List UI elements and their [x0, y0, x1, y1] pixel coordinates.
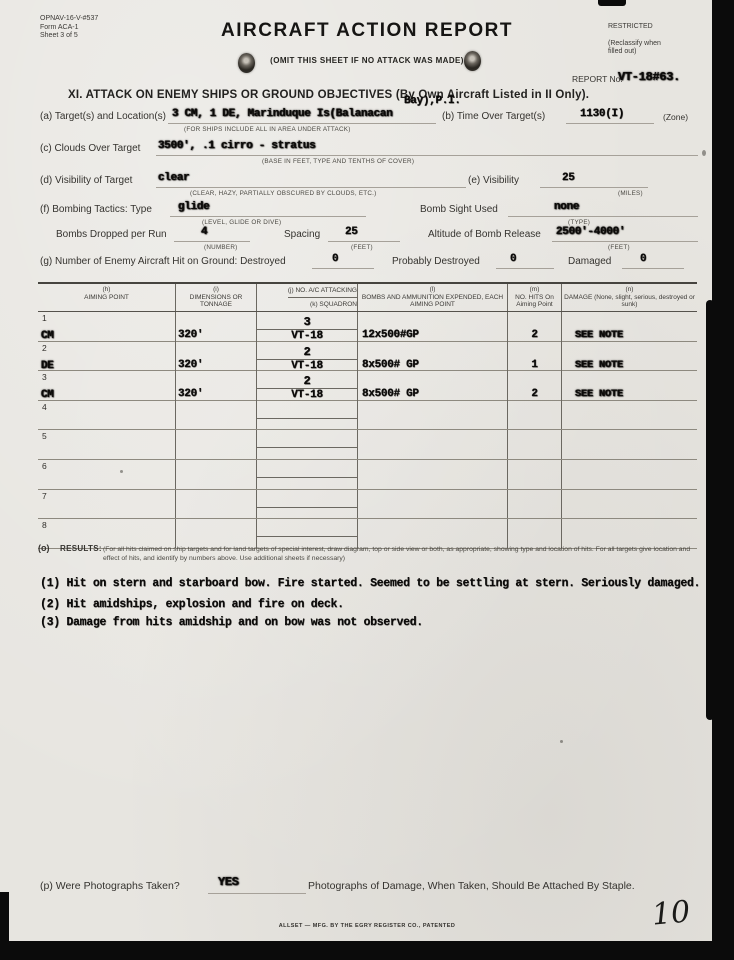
- document-page: OPNAV-16-V-#537 Form ACA-1 Sheet 3 of 5 …: [0, 0, 734, 960]
- cell-bombs: [358, 460, 508, 489]
- table-row: 3CM 320' 2VT-18 8x500# GP 2 SEE NOTE: [38, 371, 697, 401]
- results-tag: (o): [38, 543, 50, 553]
- field-a-value: 3 CM, 1 DE, Marinduque Is(Balanacan: [172, 108, 393, 120]
- cell-attacking-squadron: [257, 401, 358, 430]
- report-no-value: VT-18#63.: [618, 70, 680, 84]
- cell-aiming: 4: [38, 401, 176, 430]
- cell-dims: 320': [176, 371, 257, 402]
- handwritten-page-number: 10: [651, 894, 692, 932]
- cell-hits: 2: [508, 371, 562, 402]
- cell-aiming: 2DE: [38, 342, 176, 373]
- field-altitude-caption: (FEET): [608, 244, 630, 251]
- field-b-label: (b) Time Over Target(s): [442, 111, 545, 122]
- field-bombs-value: 4: [201, 226, 207, 238]
- cell-dims: [176, 519, 257, 548]
- col-label: (j) NO. A/C ATTACKING: [288, 284, 357, 298]
- cell-bombs: [358, 401, 508, 430]
- cell-damage: SEE NOTE: [562, 371, 697, 402]
- note-number: (2): [40, 598, 60, 611]
- cell-hits: [508, 401, 562, 430]
- col-header-attacking-squadron: (j) NO. A/C ATTACKING(k) SQUADRON: [257, 284, 358, 311]
- cell-damage: SEE NOTE: [562, 312, 697, 343]
- cell-attacking-squadron: 3VT-18: [257, 312, 358, 343]
- field-underline: [174, 241, 250, 242]
- row-number: 4: [42, 402, 47, 412]
- field-f-type-label: (f) Bombing Tactics: Type: [40, 204, 152, 215]
- photos-label: (p) Were Photographs Taken?: [40, 880, 180, 892]
- cell-damage: [562, 490, 697, 519]
- field-c-label: (c) Clouds Over Target: [40, 143, 140, 154]
- cell-dims: [176, 460, 257, 489]
- result-note: (1) Hit on stern and starboard bow. Fire…: [40, 575, 704, 593]
- field-e-suffix: (MILES): [618, 190, 643, 197]
- scan-speck: [120, 470, 123, 473]
- aiming-value: CM: [41, 330, 54, 342]
- col-header-hits: (m)NO. HITS On Aiming Point: [508, 284, 562, 311]
- col-label: DAMAGE (None, slight, serious, destroyed…: [562, 294, 697, 309]
- cell-hits: [508, 490, 562, 519]
- field-e-label: (e) Visibility: [468, 175, 519, 186]
- cell-aiming: 8: [38, 519, 176, 548]
- field-altitude-value: 2500'-4000': [556, 226, 625, 238]
- cell-bombs: [358, 430, 508, 459]
- results-label: RESULTS:: [60, 544, 102, 553]
- field-d-caption: (CLEAR, HAZY, PARTIALLY OBSCURED BY CLOU…: [190, 190, 377, 197]
- cell-attacking-squadron: [257, 460, 358, 489]
- field-a-caption: (FOR SHIPS INCLUDE ALL IN AREA UNDER ATT…: [184, 126, 351, 133]
- cell-aiming: 3CM: [38, 371, 176, 402]
- table-row: 2DE 320' 2VT-18 8x500# GP 1 SEE NOTE: [38, 342, 697, 372]
- cell-bombs: 12x500#GP: [358, 312, 508, 343]
- col-label: AIMING POINT: [84, 294, 129, 302]
- field-bombs-caption: (NUMBER): [204, 244, 237, 251]
- field-d-value: clear: [158, 172, 190, 184]
- note-text: Damage from hits amidship and on bow was…: [66, 616, 422, 629]
- field-spacing-value: 25: [345, 226, 358, 238]
- field-e-value: 25: [562, 172, 575, 184]
- cell-hits: [508, 430, 562, 459]
- result-note: (2) Hit amidships, explosion and fire on…: [40, 596, 704, 614]
- col-header-aiming-point: (h)AIMING POINT: [38, 284, 176, 311]
- omit-note: (OMIT THIS SHEET IF NO ATTACK WAS MADE): [0, 56, 734, 65]
- col-tag: (l): [430, 286, 436, 294]
- col-label: BOMBS AND AMMUNITION EXPENDED, EACH AIMI…: [358, 294, 507, 309]
- scan-edge-bottom: [0, 941, 734, 960]
- cell-hits: 2: [508, 312, 562, 343]
- field-underline: [552, 241, 698, 242]
- col-tag: (i): [213, 286, 219, 294]
- cell-hits: [508, 519, 562, 548]
- note-text: Hit on stern and starboard bow. Fire sta…: [66, 577, 700, 590]
- cell-aiming: 5: [38, 430, 176, 459]
- cell-attacking-squadron: [257, 519, 358, 548]
- row-number: 6: [42, 461, 47, 471]
- note-text: Hit amidships, explosion and fire on dec…: [66, 598, 343, 611]
- cell-dims: [176, 430, 257, 459]
- row-number: 3: [42, 372, 47, 382]
- table-row: 1CM 320' 3VT-18 12x500#GP 2 SEE NOTE: [38, 312, 697, 342]
- field-spacing-label: Spacing: [284, 229, 320, 240]
- scan-edge-top-notch: [598, 0, 626, 6]
- result-note: (3) Damage from hits amidship and on bow…: [40, 614, 704, 632]
- cell-hits: 1: [508, 342, 562, 373]
- field-g-label: (g) Number of Enemy Aircraft Hit on Grou…: [40, 256, 286, 267]
- cell-aiming: 7: [38, 490, 176, 519]
- row-number: 7: [42, 491, 47, 501]
- row-number: 1: [42, 313, 47, 323]
- field-f-sight-caption: (TYPE): [568, 219, 590, 226]
- field-c-caption: (BASE IN FEET, TYPE AND TENTHS OF COVER): [262, 158, 414, 165]
- col-label: (k) SQUADRON: [310, 298, 357, 311]
- cell-bombs: [358, 490, 508, 519]
- field-a-value-overflow: Bay),P.I.: [404, 95, 461, 107]
- field-f-sight-label: Bomb Sight Used: [420, 204, 498, 215]
- field-g-destroyed: 0: [332, 253, 338, 265]
- field-b-suffix: (Zone): [663, 112, 688, 122]
- field-g-probably: 0: [510, 253, 516, 265]
- aiming-value: DE: [41, 360, 54, 372]
- classification-label: RESTRICTED: [608, 23, 661, 32]
- cell-damage: [562, 519, 697, 548]
- field-f-sight-value: none: [554, 201, 579, 213]
- table-row: 4: [38, 401, 697, 431]
- cell-bombs: [358, 519, 508, 548]
- scan-edge-right: [712, 0, 734, 960]
- field-f-type-caption: (LEVEL, GLIDE OR DIVE): [202, 219, 281, 226]
- col-tag: (h): [103, 286, 111, 294]
- report-no-label: REPORT No.: [572, 74, 623, 84]
- table-row: 7: [38, 490, 697, 520]
- row-number: 8: [42, 520, 47, 530]
- row-number: 2: [42, 343, 47, 353]
- field-g-probably-label: Probably Destroyed: [392, 256, 480, 267]
- field-g-damaged: 0: [640, 253, 646, 265]
- results-caption: (For all hits claimed on ship targets an…: [103, 545, 699, 563]
- attacking-value: 2: [257, 371, 357, 389]
- field-c-value: 3500', .1 cirro - stratus: [158, 140, 316, 152]
- photos-value: YES: [218, 875, 239, 889]
- field-f-type-value: glide: [178, 201, 210, 213]
- cell-attacking-squadron: [257, 490, 358, 519]
- cell-attacking-squadron: [257, 430, 358, 459]
- cell-damage: [562, 460, 697, 489]
- cell-dims: 320': [176, 342, 257, 373]
- cell-dims: [176, 490, 257, 519]
- section-heading: XI. ATTACK ON ENEMY SHIPS OR GROUND OBJE…: [68, 89, 589, 101]
- cell-damage: [562, 430, 697, 459]
- field-underline: [312, 268, 374, 269]
- field-underline: [508, 216, 698, 217]
- cell-dims: [176, 401, 257, 430]
- field-underline: [622, 268, 684, 269]
- cell-attacking-squadron: 2VT-18: [257, 342, 358, 373]
- col-label: DIMENSIONS OR TONNAGE: [176, 294, 256, 309]
- attacking-value: 3: [257, 312, 357, 330]
- field-underline: [170, 216, 366, 217]
- printer-imprint: ALLSET — MFG. BY THE EGRY REGISTER CO., …: [0, 923, 734, 929]
- field-b-value: 1130(I): [580, 108, 624, 120]
- table-row: 5: [38, 430, 697, 460]
- field-underline: [566, 123, 654, 124]
- field-underline: [540, 187, 648, 188]
- field-spacing-caption: (FEET): [351, 244, 373, 251]
- note-number: (3): [40, 616, 60, 629]
- field-altitude-label: Altitude of Bomb Release: [428, 229, 541, 240]
- field-underline: [156, 187, 466, 188]
- field-underline: [208, 893, 306, 894]
- scan-speck: [702, 150, 706, 156]
- results-notes: (1) Hit on stern and starboard bow. Fire…: [40, 575, 704, 633]
- row-number: 5: [42, 431, 47, 441]
- col-header-damage: (n)DAMAGE (None, slight, serious, destro…: [562, 284, 697, 311]
- attacking-value: 2: [257, 342, 357, 360]
- attack-table: (h)AIMING POINT (i)DIMENSIONS OR TONNAGE…: [38, 282, 697, 549]
- col-header-dimensions: (i)DIMENSIONS OR TONNAGE: [176, 284, 257, 311]
- field-underline: [156, 155, 698, 156]
- cell-attacking-squadron: 2VT-18: [257, 371, 358, 402]
- field-d-label: (d) Visibility of Target: [40, 175, 132, 186]
- field-g-damaged-label: Damaged: [568, 256, 611, 267]
- col-label: NO. HITS On Aiming Point: [508, 294, 561, 309]
- cell-bombs: 8x500# GP: [358, 342, 508, 373]
- scan-edge-bottom-left: [0, 892, 9, 960]
- field-bombs-label: Bombs Dropped per Run: [56, 229, 167, 240]
- cell-damage: [562, 401, 697, 430]
- classification-note: (Reclassify when filled out): [608, 40, 661, 57]
- scan-edge-right-ragged: [706, 300, 714, 720]
- table-header-row: (h)AIMING POINT (i)DIMENSIONS OR TONNAGE…: [38, 284, 697, 312]
- cell-hits: [508, 460, 562, 489]
- field-underline: [496, 268, 554, 269]
- cell-aiming: 1CM: [38, 312, 176, 343]
- photos-note: Photographs of Damage, When Taken, Shoul…: [308, 880, 635, 892]
- scan-speck: [560, 740, 563, 743]
- cell-dims: 320': [176, 312, 257, 343]
- field-a-label: (a) Target(s) and Location(s): [40, 111, 166, 122]
- col-tag: (m): [530, 286, 540, 294]
- cell-bombs: 8x500# GP: [358, 371, 508, 402]
- table-row: 6: [38, 460, 697, 490]
- field-underline: [168, 123, 436, 124]
- aiming-value: CM: [41, 389, 54, 401]
- col-header-bombs: (l)BOMBS AND AMMUNITION EXPENDED, EACH A…: [358, 284, 508, 311]
- field-underline: [328, 241, 400, 242]
- cell-damage: SEE NOTE: [562, 342, 697, 373]
- col-tag: (n): [626, 286, 634, 294]
- cell-aiming: 6: [38, 460, 176, 489]
- note-number: (1): [40, 577, 60, 590]
